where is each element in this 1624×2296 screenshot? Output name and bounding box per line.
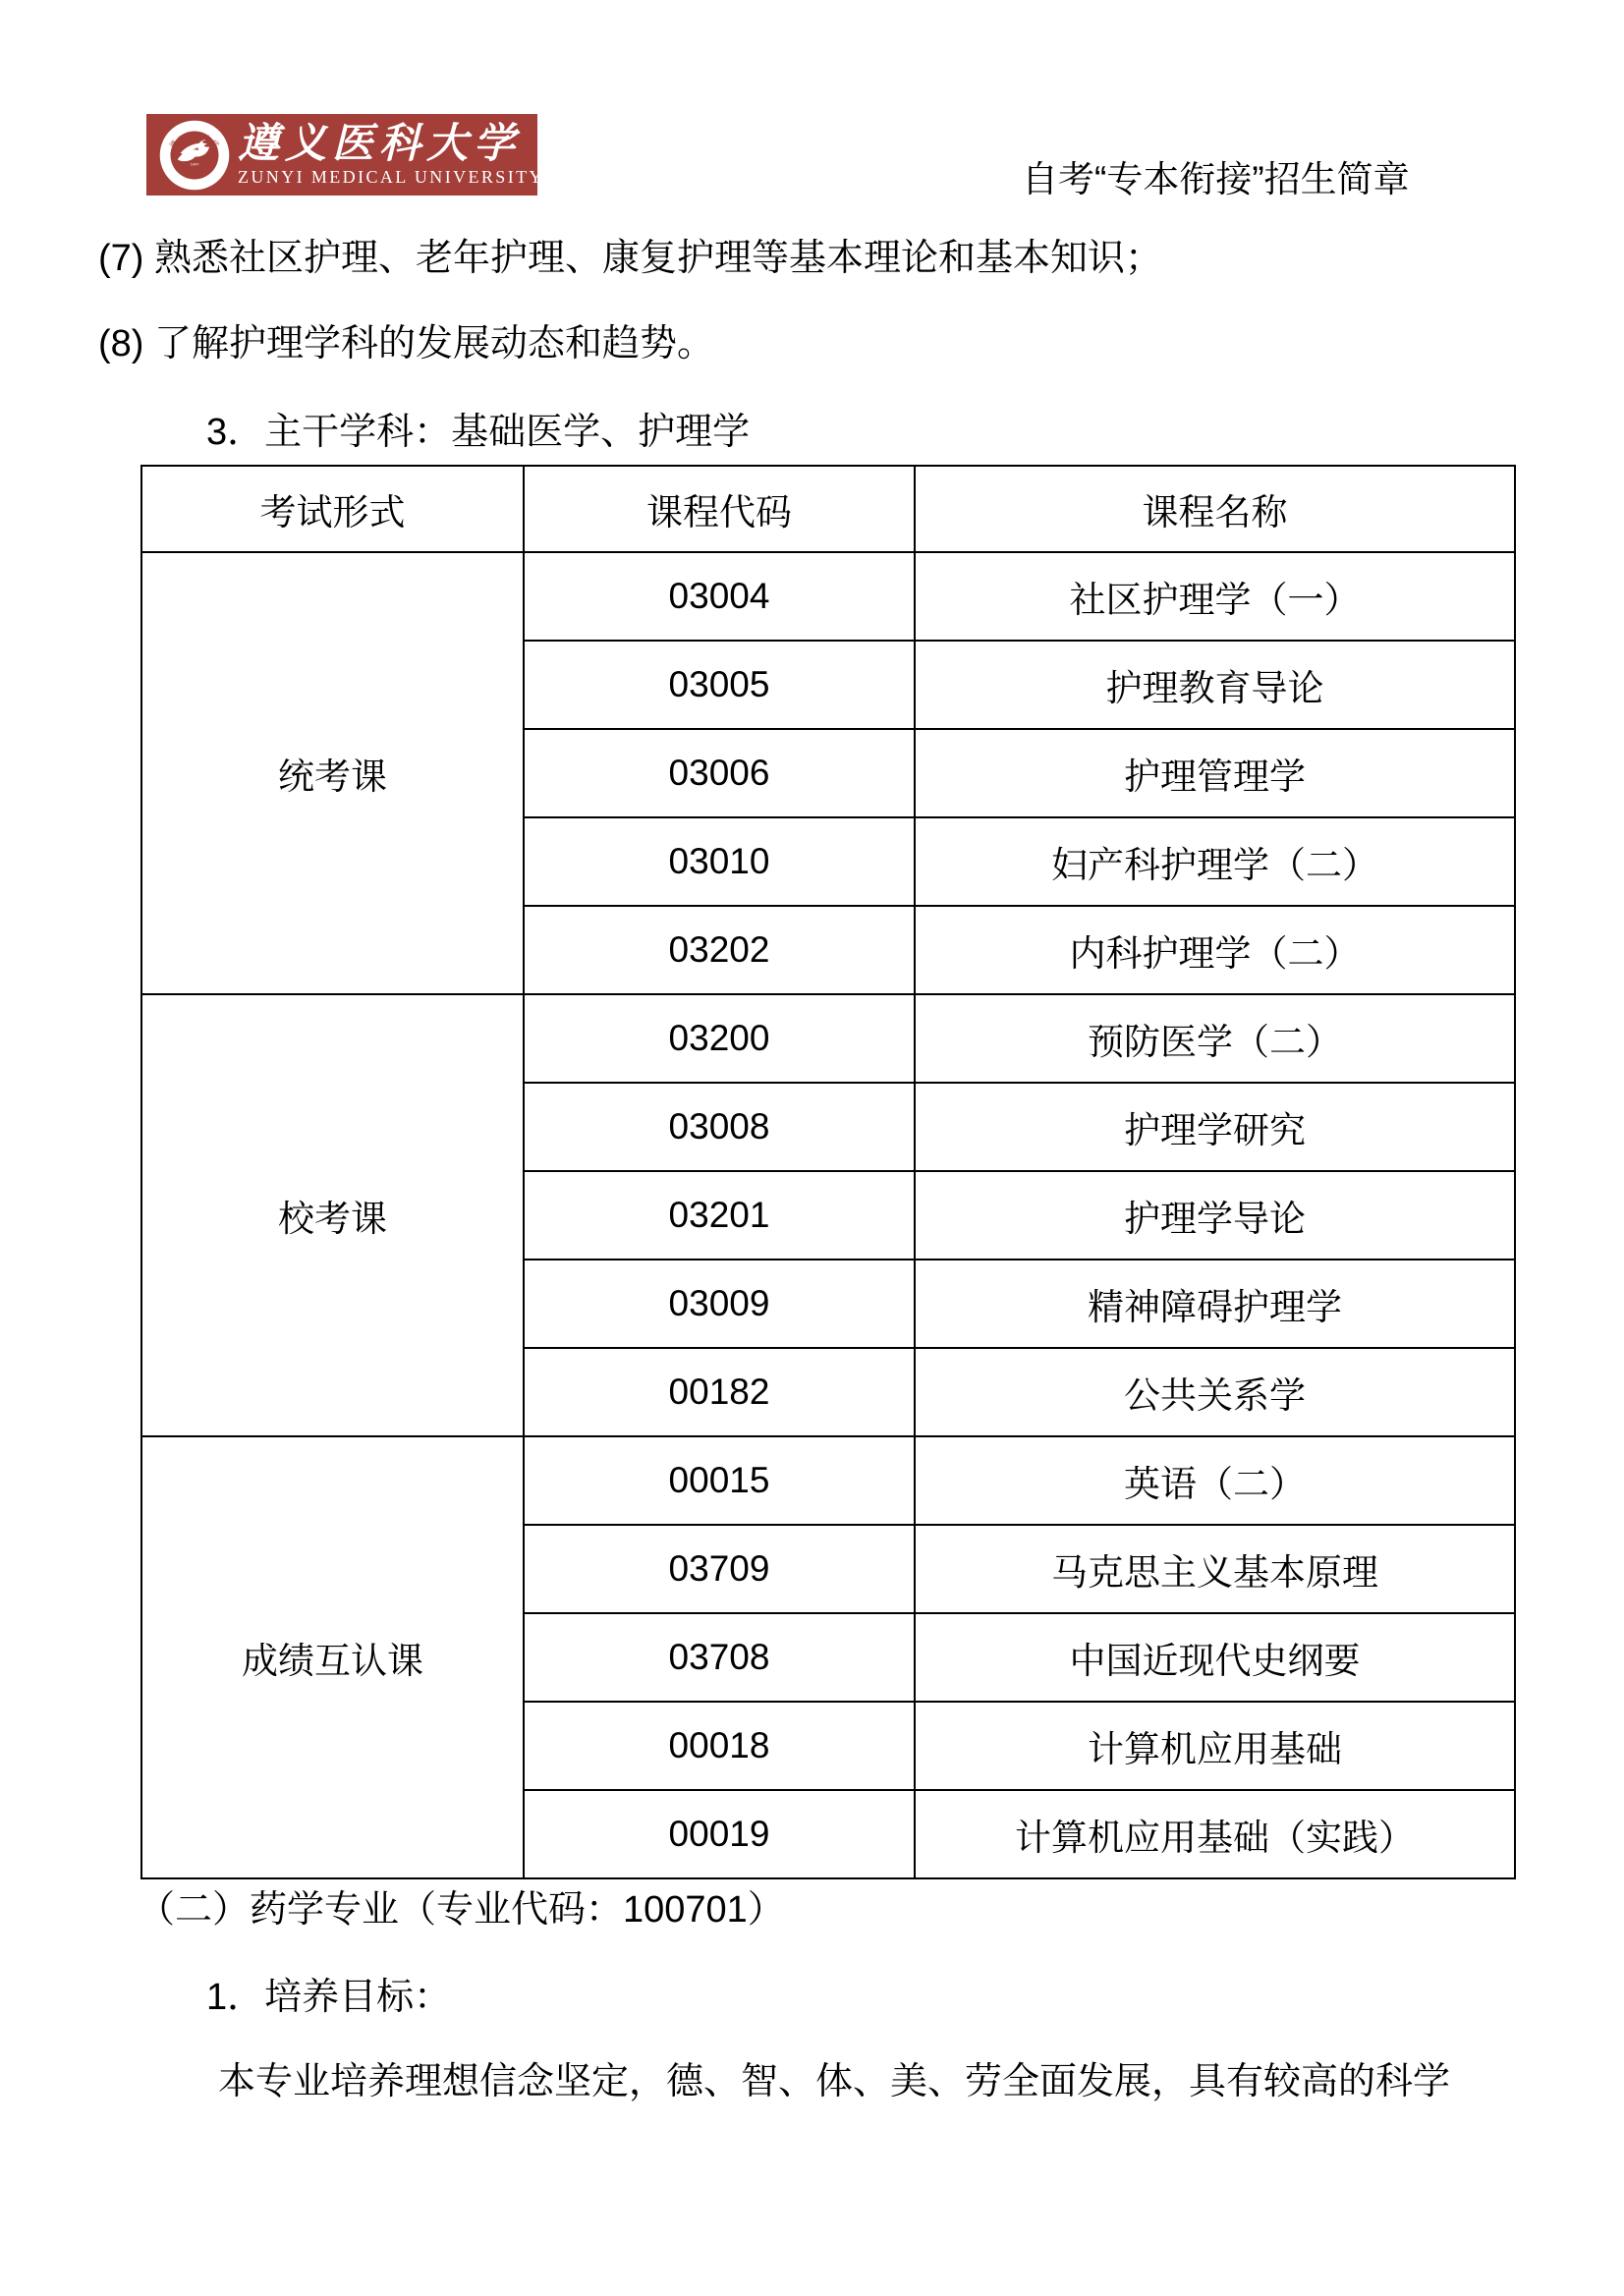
course-name-cell: 护理学导论	[915, 1171, 1515, 1260]
course-code-cell: 00019	[524, 1790, 915, 1878]
course-name-cell: 公共关系学	[915, 1348, 1515, 1436]
university-logo-banner: 遵义医科大学 ZUNYI MEDICAL UNIVERSITY 1947 遵义医…	[146, 114, 537, 196]
doc-title: 自考“专本衔接”招生简章	[1022, 161, 1410, 197]
course-name-cell: 护理管理学	[915, 729, 1515, 817]
course-code-cell: 03008	[524, 1083, 915, 1171]
paragraph-item-7: (7) 熟悉社区护理、老年护理、康复护理等基本理论和基本知识；	[98, 236, 1162, 283]
course-name-cell: 护理学研究	[915, 1083, 1515, 1171]
course-name-cell: 中国近现代史纲要	[915, 1613, 1515, 1702]
table-row: 校考课03200预防医学（二）	[141, 994, 1515, 1083]
course-code-cell: 03006	[524, 729, 915, 817]
university-seal-icon: 遵义医科大学 ZUNYI MEDICAL UNIVERSITY 1947	[159, 120, 230, 191]
course-code-cell: 00015	[524, 1436, 915, 1525]
course-name-cell: 马克思主义基本原理	[915, 1525, 1515, 1613]
paragraph-item-8: (8) 了解护理学科的发展动态和趋势。	[98, 321, 714, 368]
course-name-cell: 护理教育导论	[915, 641, 1515, 729]
course-name-cell: 预防医学（二）	[915, 994, 1515, 1083]
heading-major-pharmacy: （二）药学专业（专业代码：100701）	[138, 1887, 785, 1934]
course-name-cell: 英语（二）	[915, 1436, 1515, 1525]
col-header-exam-form: 考试形式	[141, 466, 524, 552]
course-code-cell: 00018	[524, 1702, 915, 1790]
course-name-cell: 社区护理学（一）	[915, 552, 1515, 641]
course-code-cell: 03004	[524, 552, 915, 641]
col-header-course-name: 课程名称	[915, 466, 1515, 552]
university-name-cn: 遵义医科大学	[238, 124, 544, 165]
course-code-cell: 03708	[524, 1613, 915, 1702]
exam-form-cell: 校考课	[141, 994, 524, 1436]
course-code-cell: 03201	[524, 1171, 915, 1260]
table-row: 成绩互认课00015英语（二）	[141, 1436, 1515, 1525]
paragraph-training-goal-body: 本专业培养理想信念坚定，德、智、体、美、劳全面发展，具有较高的科学	[218, 2059, 1450, 2106]
course-code-cell: 03005	[524, 641, 915, 729]
course-name-cell: 计算机应用基础（实践）	[915, 1790, 1515, 1878]
course-code-cell: 03202	[524, 906, 915, 994]
university-name-en: ZUNYI MEDICAL UNIVERSITY	[238, 168, 544, 186]
course-table: 考试形式 课程代码 课程名称 统考课03004社区护理学（一）03005护理教育…	[140, 465, 1516, 1879]
course-name-cell: 妇产科护理学（二）	[915, 817, 1515, 906]
table-header-row: 考试形式 课程代码 课程名称	[141, 466, 1515, 552]
table-row: 统考课03004社区护理学（一）	[141, 552, 1515, 641]
course-name-cell: 精神障碍护理学	[915, 1260, 1515, 1348]
course-code-cell: 03709	[524, 1525, 915, 1613]
heading-main-subjects: 3．主干学科：基础医学、护理学	[206, 410, 750, 457]
exam-form-cell: 统考课	[141, 552, 524, 994]
col-header-course-code: 课程代码	[524, 466, 915, 552]
course-code-cell: 03200	[524, 994, 915, 1083]
course-code-cell: 03010	[524, 817, 915, 906]
course-name-cell: 内科护理学（二）	[915, 906, 1515, 994]
course-code-cell: 03009	[524, 1260, 915, 1348]
course-code-cell: 00182	[524, 1348, 915, 1436]
seal-year: 1947	[191, 161, 199, 166]
exam-form-cell: 成绩互认课	[141, 1436, 524, 1878]
heading-training-goal: 1．培养目标：	[206, 1975, 451, 2022]
document-page: 遵义医科大学 ZUNYI MEDICAL UNIVERSITY 1947 遵义医…	[0, 0, 1624, 2296]
course-name-cell: 计算机应用基础	[915, 1702, 1515, 1790]
